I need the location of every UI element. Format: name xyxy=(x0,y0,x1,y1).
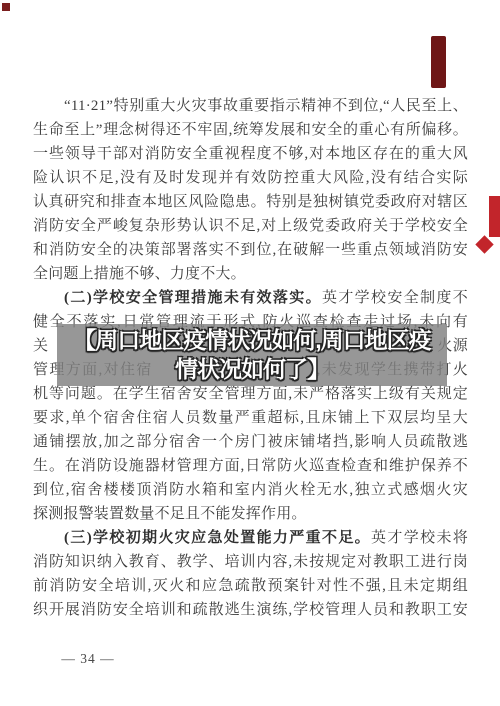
text-segment: 织开展消防安全培训和疏散逃生演练,学校管理人员和教职工安 xyxy=(33,602,468,618)
overlay-banner: 【周口地区疫情状况如何,周口地区疫 情状况如何了】 xyxy=(57,324,447,386)
text-segment: 险认识不足,没有及时发现并有效防控重大风险,没有结合实际 xyxy=(33,170,468,186)
text-segment: 英才学校安全制度不 xyxy=(322,290,468,306)
text-segment: 前消防安全培训,灭火和应急疏散预案针对性不强,且未定期组 xyxy=(33,578,468,594)
text-segment: 和消防安全的决策部署落实不到位,在破解一些重点领域消防安 xyxy=(33,242,468,258)
text-line: 通铺摆放,加之部分宿舍一个房门被床铺堵挡,影响人员疏散逃 xyxy=(33,430,468,454)
footer-page-number: — 34 — xyxy=(40,651,136,667)
scanned-document-page: “11·21”特别重大火灾事故重要指示精神不到位,“人民至上、生命至上”理念树得… xyxy=(0,0,500,706)
text-segment: 英才学校未将 xyxy=(371,530,468,546)
text-line: 认真研究和排查本地区风险隐患。特别是独树镇党委政府对辖区 xyxy=(33,190,468,214)
text-line: 前消防安全培训,灭火和应急疏散预案针对性不强,且未定期组 xyxy=(33,574,468,598)
text-line: 要求,单个宿舍住宿人员数量严重超标,且床铺上下双层均呈大 xyxy=(33,406,468,430)
text-segment: 要求,单个宿舍住宿人员数量严重超标,且床铺上下双层均呈大 xyxy=(33,410,468,426)
text-line: 探测报警装置数量不足且不能发挥作用。 xyxy=(33,502,468,526)
text-line: 消防安全严峻复杂形势认识不足,对上级党委政府关于学校安全 xyxy=(33,214,468,238)
text-line: 和消防安全的决策部署落实不到位,在破解一些重点领域消防安 xyxy=(33,238,468,262)
text-segment: 机等问题。在学生宿舍安全管理方面,未严格落实上级有关规定 xyxy=(33,386,468,402)
text-line: 到位,宿舍楼楼顶消防水箱和室内消火栓无水,独立式感烟火灾 xyxy=(33,478,468,502)
text-segment: 生命至上”理念树得还不牢固,统筹发展和安全的重心有所偏移。 xyxy=(33,122,468,138)
text-segment: 通铺摆放,加之部分宿舍一个房门被床铺堵挡,影响人员疏散逃 xyxy=(33,434,468,450)
text-segment: 一些领导干部对消防安全重视程度不够,对本地区存在的重大风 xyxy=(33,146,468,162)
text-segment: 消防安全严峻复杂形势认识不足,对上级党委政府关于学校安全 xyxy=(33,218,468,234)
text-segment: 到位,宿舍楼楼顶消防水箱和室内消火栓无水,独立式感烟火灾 xyxy=(33,482,468,498)
text-line: 全问题上措施不够、力度不大。 xyxy=(33,262,468,286)
text-segment: 探测报警装置数量不足且不能发挥作用。 xyxy=(33,506,307,522)
text-line: 消防知识纳入教育、教学、培训内容,未按规定对教职工进行岗 xyxy=(33,550,468,574)
text-line: “11·21”特别重大火灾事故重要指示精神不到位,“人民至上、 xyxy=(33,94,468,118)
text-line: 生。在消防设施器材管理方面,日常防火巡查检查和维护保养不 xyxy=(33,454,468,478)
overlay-banner-line-1: 【周口地区疫情状况如何,周口地区疫 xyxy=(73,326,430,355)
text-segment: 全问题上措施不够、力度不大。 xyxy=(33,266,246,282)
stamp-mark-right-diamond xyxy=(475,235,493,253)
text-line: 生命至上”理念树得还不牢固,统筹发展和安全的重心有所偏移。 xyxy=(33,118,468,142)
text-segment: (二)学校安全管理措施未有效落实。 xyxy=(64,290,322,306)
overlay-banner-line-2: 情状况如何了】 xyxy=(175,355,329,384)
text-segment: 认真研究和排查本地区风险隐患。特别是独树镇党委政府对辖区 xyxy=(33,194,468,210)
stamp-mark-right-edge-bar xyxy=(489,196,500,237)
text-line: 险认识不足,没有及时发现并有效防控重大风险,没有结合实际 xyxy=(33,166,468,190)
text-segment: “11·21”特别重大火灾事故重要指示精神不到位,“人民至上、 xyxy=(64,98,468,114)
text-line: 织开展消防安全培训和疏散逃生演练,学校管理人员和教职工安 xyxy=(33,598,468,622)
stamp-mark-top-right-bar xyxy=(431,36,446,88)
text-line: 一些领导干部对消防安全重视程度不够,对本地区存在的重大风 xyxy=(33,142,468,166)
text-segment: 生。在消防设施器材管理方面,日常防火巡查检查和维护保养不 xyxy=(33,458,468,474)
text-line: (三)学校初期火灾应急处置能力严重不足。英才学校未将 xyxy=(33,526,468,550)
text-segment: 消防知识纳入教育、教学、培训内容,未按规定对教职工进行岗 xyxy=(33,554,468,570)
stamp-mark-top-left xyxy=(2,3,10,11)
text-segment: (三)学校初期火灾应急处置能力严重不足。 xyxy=(64,530,371,546)
text-line: (二)学校安全管理措施未有效落实。英才学校安全制度不 xyxy=(33,286,468,310)
